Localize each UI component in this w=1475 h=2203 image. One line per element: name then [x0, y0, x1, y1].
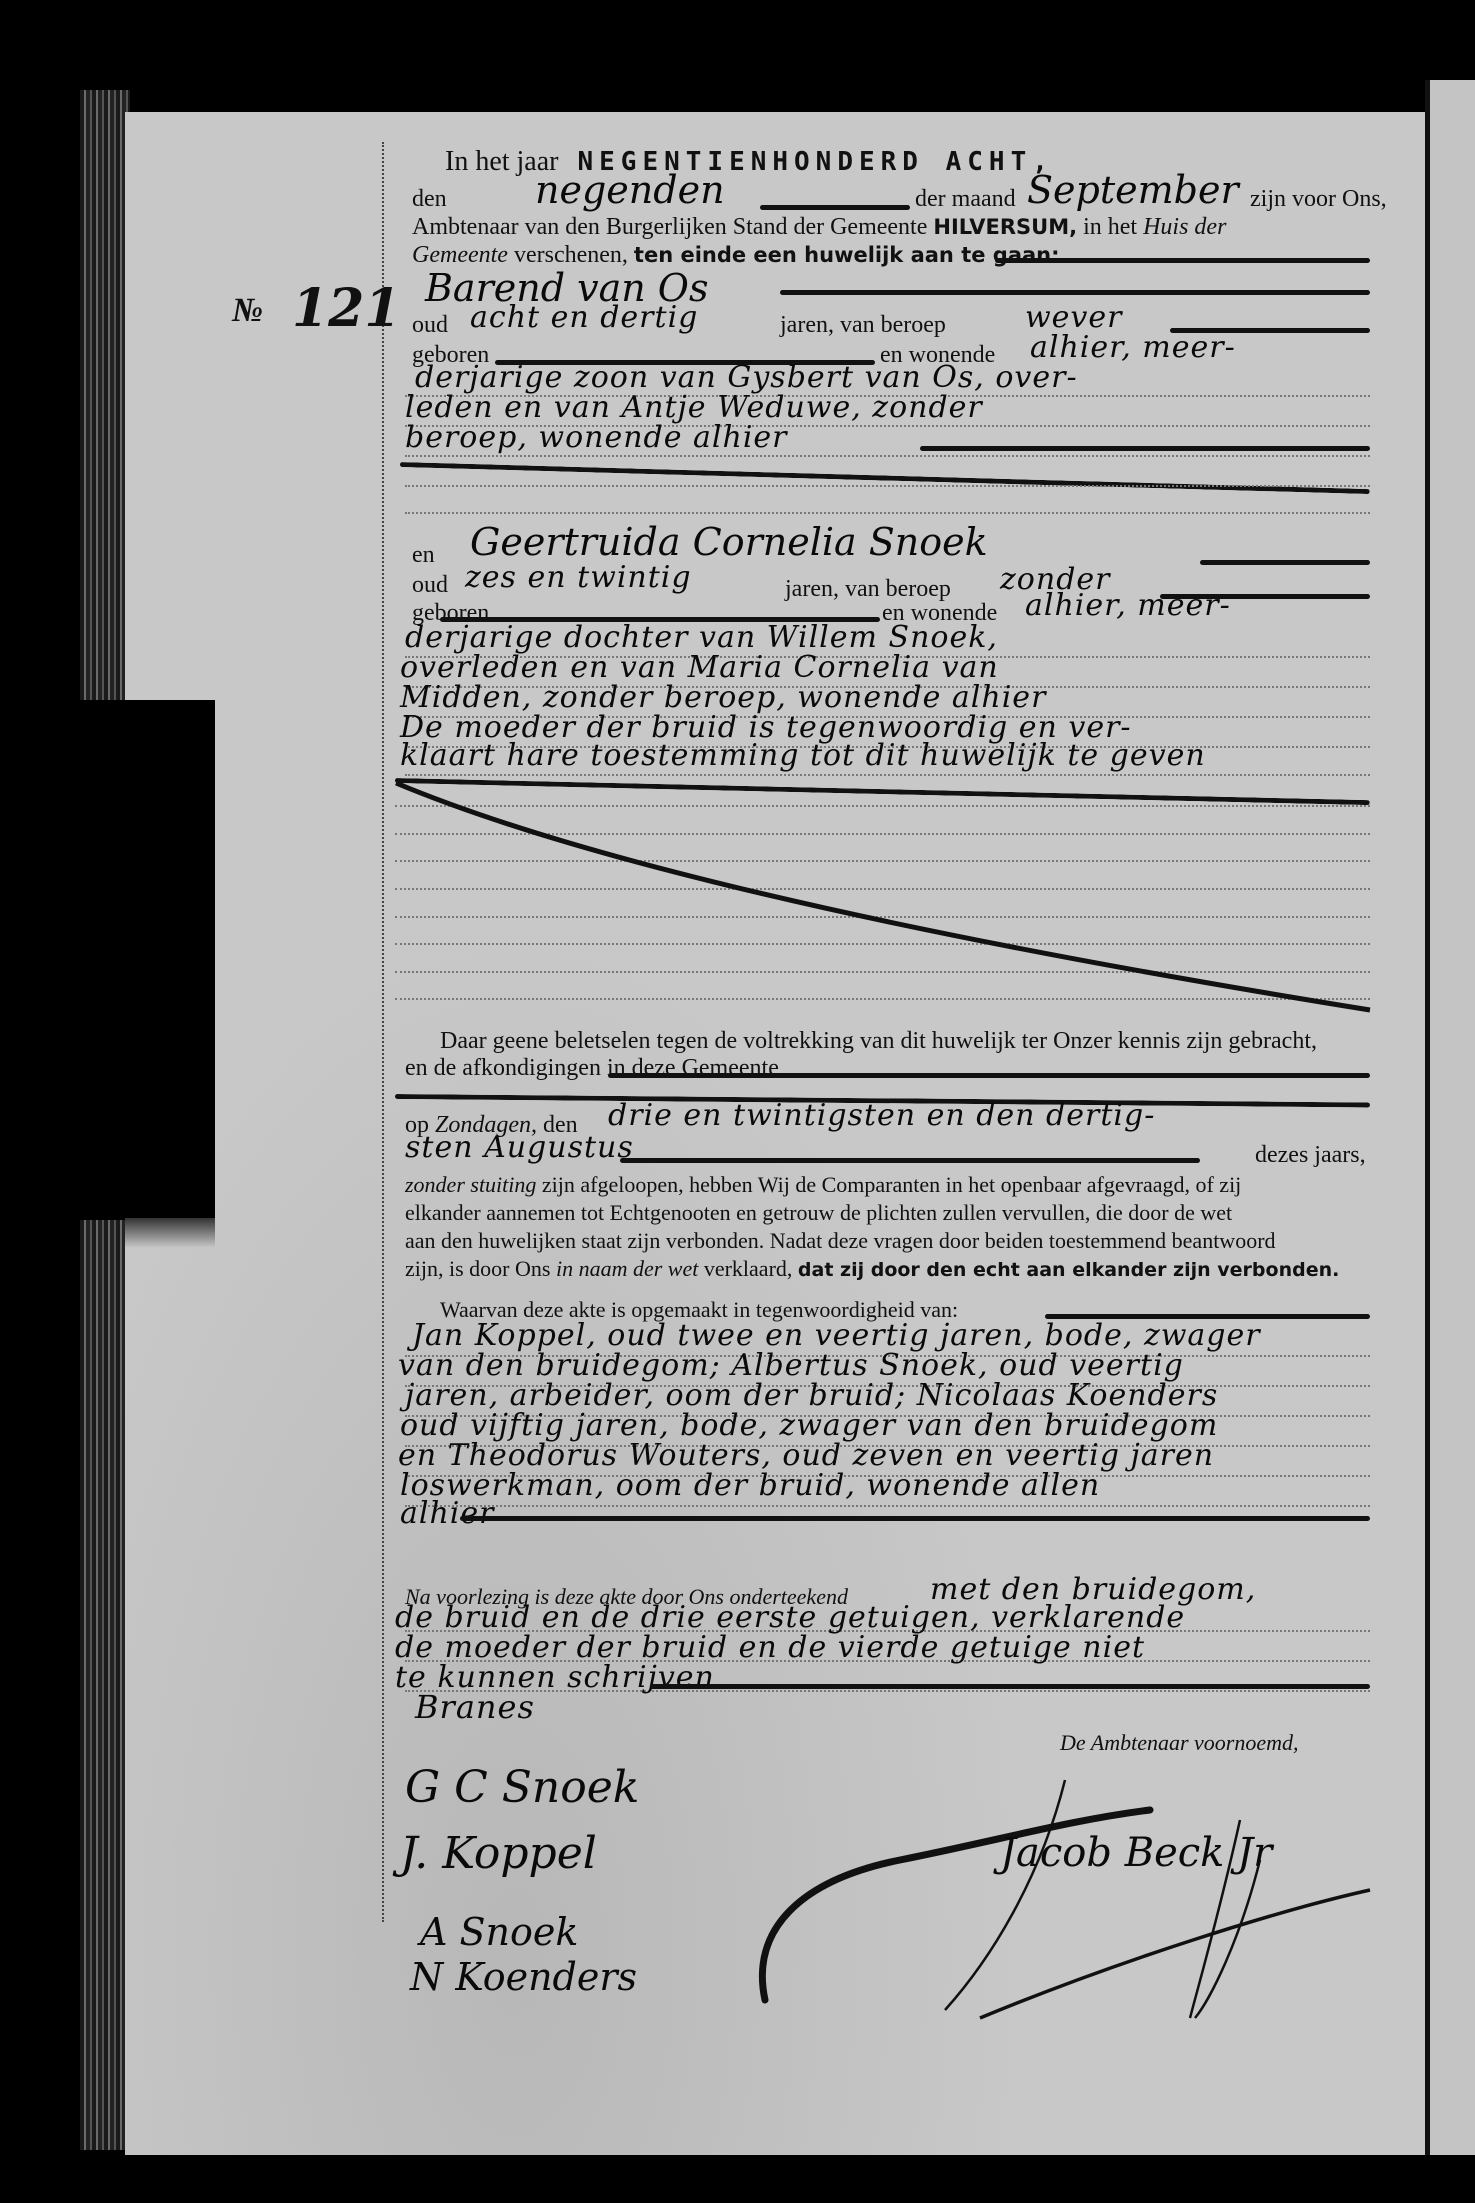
day-handwritten: negenden [535, 168, 725, 212]
fill-line [620, 1158, 1200, 1163]
fill-line [608, 1073, 1370, 1078]
witness-line7: alhier [400, 1496, 495, 1531]
fill-line [920, 446, 1370, 451]
zonder-stuiting: zonder stuiting [405, 1172, 536, 1197]
bride-age: zes en twintig [465, 560, 692, 595]
month-handwritten: September [1027, 168, 1239, 212]
in-naam-der-wet: in naam der wet [556, 1256, 698, 1281]
groom-occupation-label: jaren, van beroep [780, 312, 946, 339]
witness-line6: loswerkman, oom der bruid, wonende allen [400, 1468, 1100, 1503]
ruled-line [405, 512, 1370, 514]
verschenen: verschenen, [514, 242, 628, 268]
municipality: HILVERSUM, [933, 215, 1077, 239]
binding-tab [0, 700, 215, 1220]
sundays-dates-1: drie en twintigsten en den dertig- [608, 1098, 1155, 1133]
bride-details-line5: klaart hare toestemming tot dit huwelijk… [400, 738, 1206, 773]
groom-age-label: oud [412, 312, 448, 339]
adjacent-page-edge [1425, 80, 1475, 2155]
header-line4: Gemeente verschenen, ten einde een huwel… [412, 242, 1060, 269]
bride-residence: alhier, meer- [1025, 588, 1231, 623]
registrar-text: Ambtenaar van den Burgerlijken Stand der… [412, 214, 927, 240]
bride-age-label: oud [412, 572, 448, 599]
ruled-line [405, 1505, 1370, 1507]
official-label: De Ambtenaar voornoemd, [1060, 1730, 1299, 1756]
fill-line [1200, 560, 1370, 565]
witness2-signature: A Snoek [420, 1910, 578, 1954]
bride-occupation-label: jaren, van beroep [785, 576, 951, 603]
body-line4: zijn, is door Ons in naam der wet verkla… [405, 1256, 1339, 1282]
groom-details-line3: beroep, wonende alhier [405, 420, 788, 455]
body-line3: aan den huwelijken staat zijn verbonden.… [405, 1228, 1276, 1254]
bride-signature: G C Snoek [405, 1762, 639, 1813]
groom-signature: Branes [415, 1688, 535, 1726]
bride-name: Geertruida Cornelia Snoek [470, 520, 988, 564]
year-suffix: dezes jaars, [1255, 1142, 1366, 1169]
verklaard: verklaard, [704, 1256, 793, 1281]
ruled-line [405, 485, 1370, 487]
declaration-bold: dat zij door den echt aan elkander zijn … [798, 1259, 1339, 1281]
register-number-label: № [232, 292, 263, 330]
fill-line [780, 290, 1370, 295]
marriage-purpose: ten einde een huwelijk aan te gaan: [634, 243, 1060, 267]
fill-line [460, 1516, 1370, 1521]
witness3-signature: N Koenders [410, 1955, 637, 1999]
ruled-line [405, 455, 1370, 457]
body-line4-start: zijn, is door Ons [405, 1256, 550, 1281]
fill-line [760, 205, 910, 210]
fill-line [995, 258, 1370, 263]
bride-conjunction: en [412, 542, 435, 569]
body-line2: elkander aannemen tot Echtgenooten en ge… [405, 1200, 1232, 1226]
official-signature-flourish [740, 1760, 1380, 2020]
after-month: zijn voor Ons, [1250, 186, 1387, 213]
huis-der: Huis der [1143, 214, 1226, 240]
month-label: der maand [915, 186, 1016, 213]
binding-tab-shadow [125, 1218, 215, 1248]
sundays-dates-2: sten Augustus [405, 1130, 634, 1165]
groom-age: acht en dertig [470, 300, 698, 335]
official-signature: Jacob Beck Jr [1000, 1830, 1272, 1876]
body-line1: zonder stuiting zijn afgeloopen, hebben … [405, 1172, 1241, 1198]
den-label: den [412, 186, 447, 213]
fill-line [650, 1684, 1370, 1689]
witness1-signature: J. Koppel [400, 1828, 597, 1879]
proclamation-para1: Daar geene beletselen tegen de voltrekki… [440, 1028, 1317, 1055]
in-het: in het [1083, 214, 1137, 240]
gemeente-italic: Gemeente [412, 242, 508, 268]
cancel-diagonal-stroke [390, 775, 1380, 1015]
body-line1-rest: zijn afgeloopen, hebben Wij de Comparant… [542, 1172, 1241, 1197]
header-line3: Ambtenaar van den Burgerlijken Stand der… [412, 214, 1226, 241]
register-number: 121 [292, 278, 401, 339]
margin-rule [382, 142, 384, 1922]
